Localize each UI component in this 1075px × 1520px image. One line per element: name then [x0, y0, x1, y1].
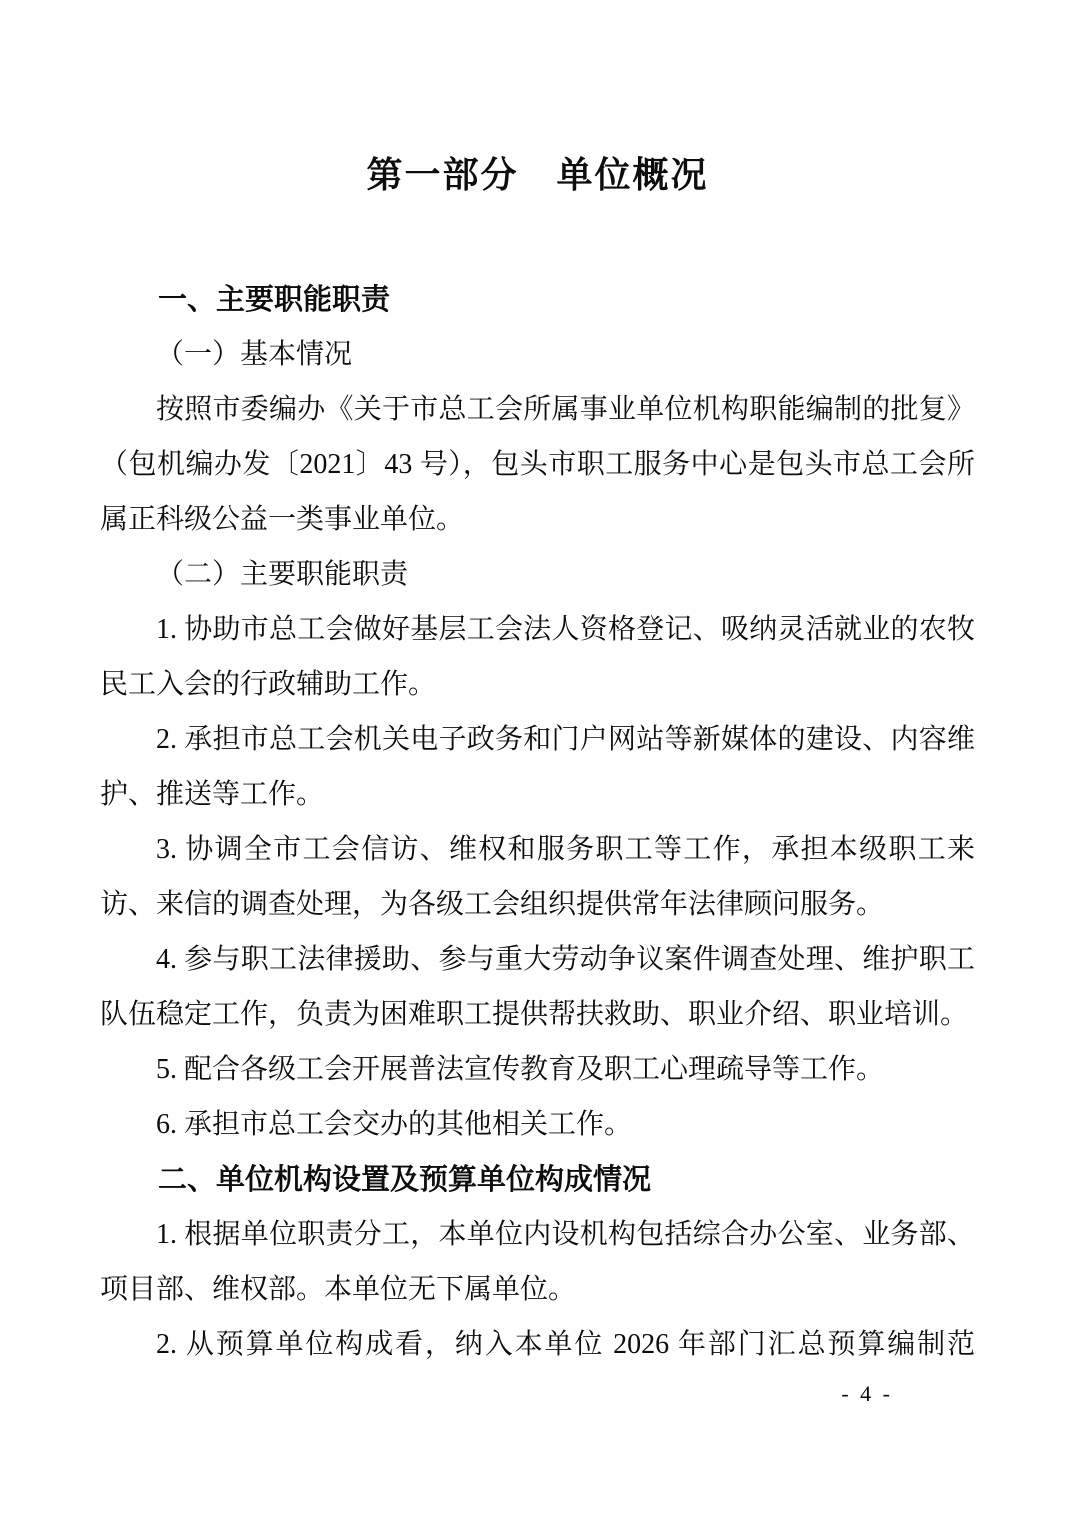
- duty-item-3: 3. 协调全市工会信访、维权和服务职工等工作，承担本级职工来访、来信的调查处理，…: [100, 822, 975, 932]
- document-title: 第一部分 单位概况: [100, 150, 975, 200]
- section-2-paragraph-2: 2. 从预算单位构成看，纳入本单位 2026 年部门汇总预算编制范: [100, 1317, 975, 1372]
- page-number: - 4 -: [100, 1380, 975, 1408]
- subheading-basic-info: （一）基本情况: [100, 327, 975, 382]
- section-2-heading: 二、单位机构设置及预算单位构成情况: [100, 1152, 975, 1207]
- section-1-heading: 一、主要职能职责: [100, 272, 975, 327]
- subheading-main-duties: （二）主要职能职责: [100, 547, 975, 602]
- paragraph-basic-info: 按照市委编办《关于市总工会所属事业单位机构职能编制的批复》（包机编办发〔2021…: [100, 382, 975, 547]
- duty-item-2: 2. 承担市总工会机关电子政务和门户网站等新媒体的建设、内容维护、推送等工作。: [100, 712, 975, 822]
- duty-item-1: 1. 协助市总工会做好基层工会法人资格登记、吸纳灵活就业的农牧民工入会的行政辅助…: [100, 602, 975, 712]
- duty-item-4: 4. 参与职工法律援助、参与重大劳动争议案件调查处理、维护职工队伍稳定工作，负责…: [100, 932, 975, 1042]
- document-page: 第一部分 单位概况 一、主要职能职责 （一）基本情况 按照市委编办《关于市总工会…: [0, 0, 1075, 1520]
- duty-item-6: 6. 承担市总工会交办的其他相关工作。: [100, 1097, 975, 1152]
- section-2-paragraph-1: 1. 根据单位职责分工，本单位内设机构包括综合办公室、业务部、项目部、维权部。本…: [100, 1207, 975, 1317]
- duty-item-5: 5. 配合各级工会开展普法宣传教育及职工心理疏导等工作。: [100, 1042, 975, 1097]
